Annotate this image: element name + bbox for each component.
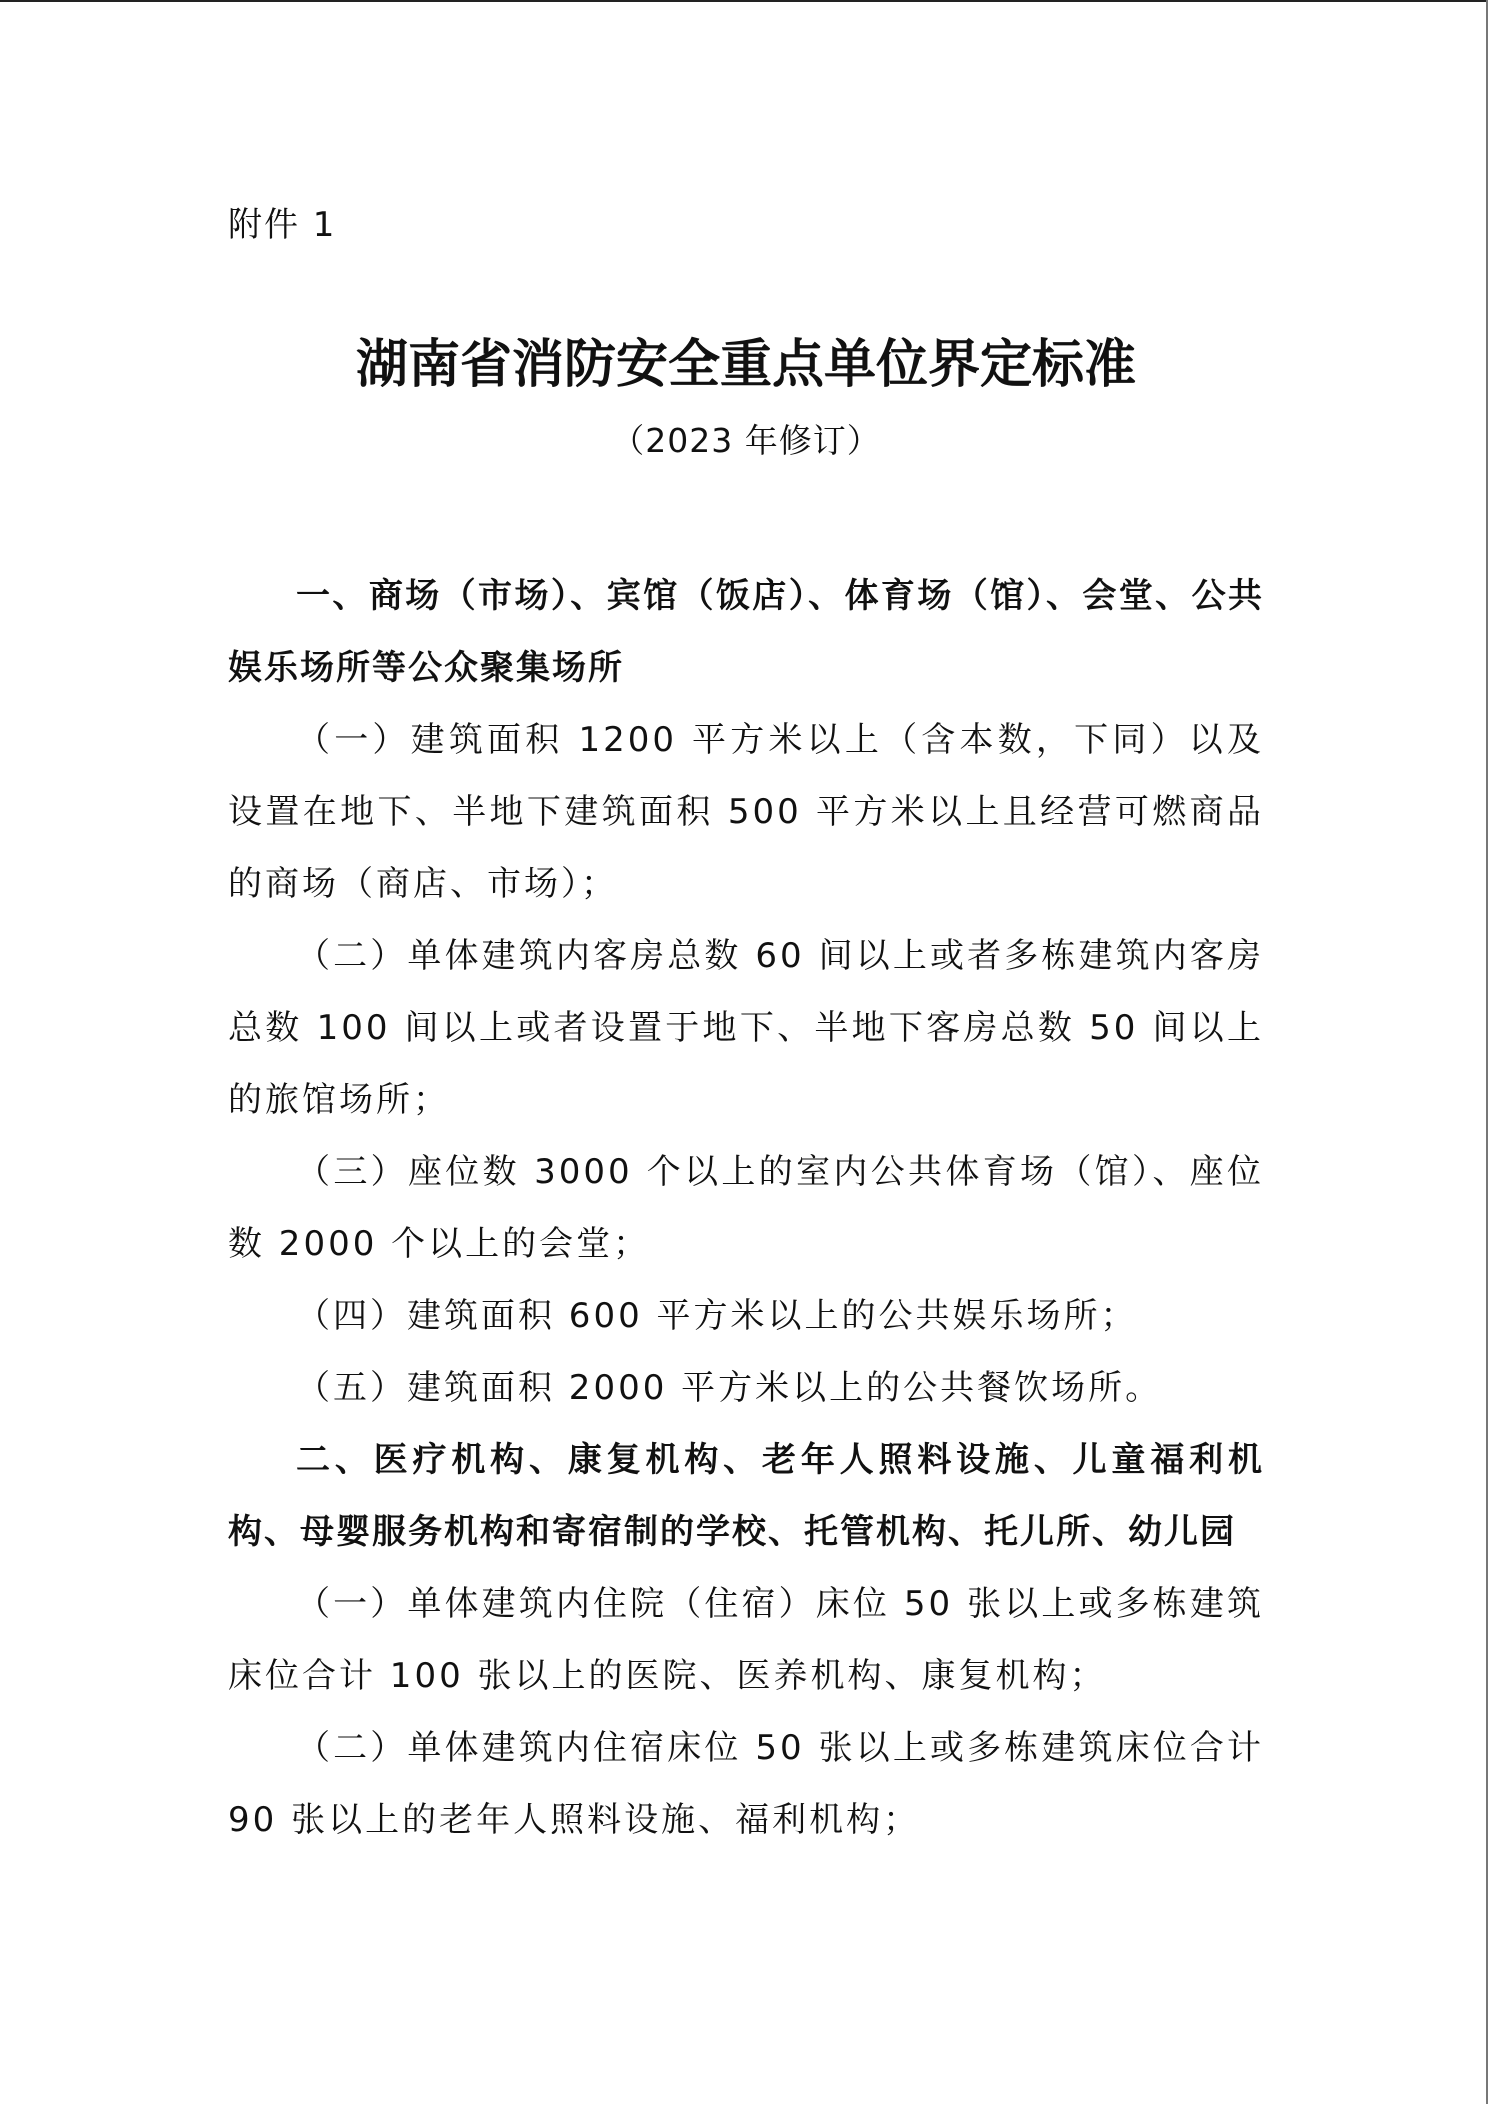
section-1-item-2: （二）单体建筑内客房总数 60 间以上或者多栋建筑内客房总数 100 间以上或者… <box>228 920 1264 1136</box>
document-title: 湖南省消防安全重点单位界定标准 <box>228 332 1264 398</box>
section-heading-1: 一、商场（市场）、宾馆（饭店）、体育场（馆）、会堂、公共娱乐场所等公众聚集场所 <box>228 560 1264 704</box>
page-border-top <box>0 0 1488 2</box>
section-1-item-1: （一）建筑面积 1200 平方米以上（含本数，下同）以及设置在地下、半地下建筑面… <box>228 704 1264 920</box>
section-1-item-3: （三）座位数 3000 个以上的室内公共体育场（馆）、座位数 2000 个以上的… <box>228 1136 1264 1280</box>
document-subtitle: （2023 年修订） <box>228 414 1264 468</box>
document-body: 一、商场（市场）、宾馆（饭店）、体育场（馆）、会堂、公共娱乐场所等公众聚集场所 … <box>228 560 1264 1856</box>
section-1-item-5: （五）建筑面积 2000 平方米以上的公共餐饮场所。 <box>228 1352 1264 1424</box>
attachment-label: 附件 1 <box>228 198 336 252</box>
section-2-item-1: （一）单体建筑内住院（住宿）床位 50 张以上或多栋建筑床位合计 100 张以上… <box>228 1568 1264 1712</box>
section-2-item-2: （二）单体建筑内住宿床位 50 张以上或多栋建筑床位合计 90 张以上的老年人照… <box>228 1712 1264 1856</box>
section-1-item-4: （四）建筑面积 600 平方米以上的公共娱乐场所； <box>228 1280 1264 1352</box>
section-heading-2: 二、医疗机构、康复机构、老年人照料设施、儿童福利机构、母婴服务机构和寄宿制的学校… <box>228 1424 1264 1568</box>
